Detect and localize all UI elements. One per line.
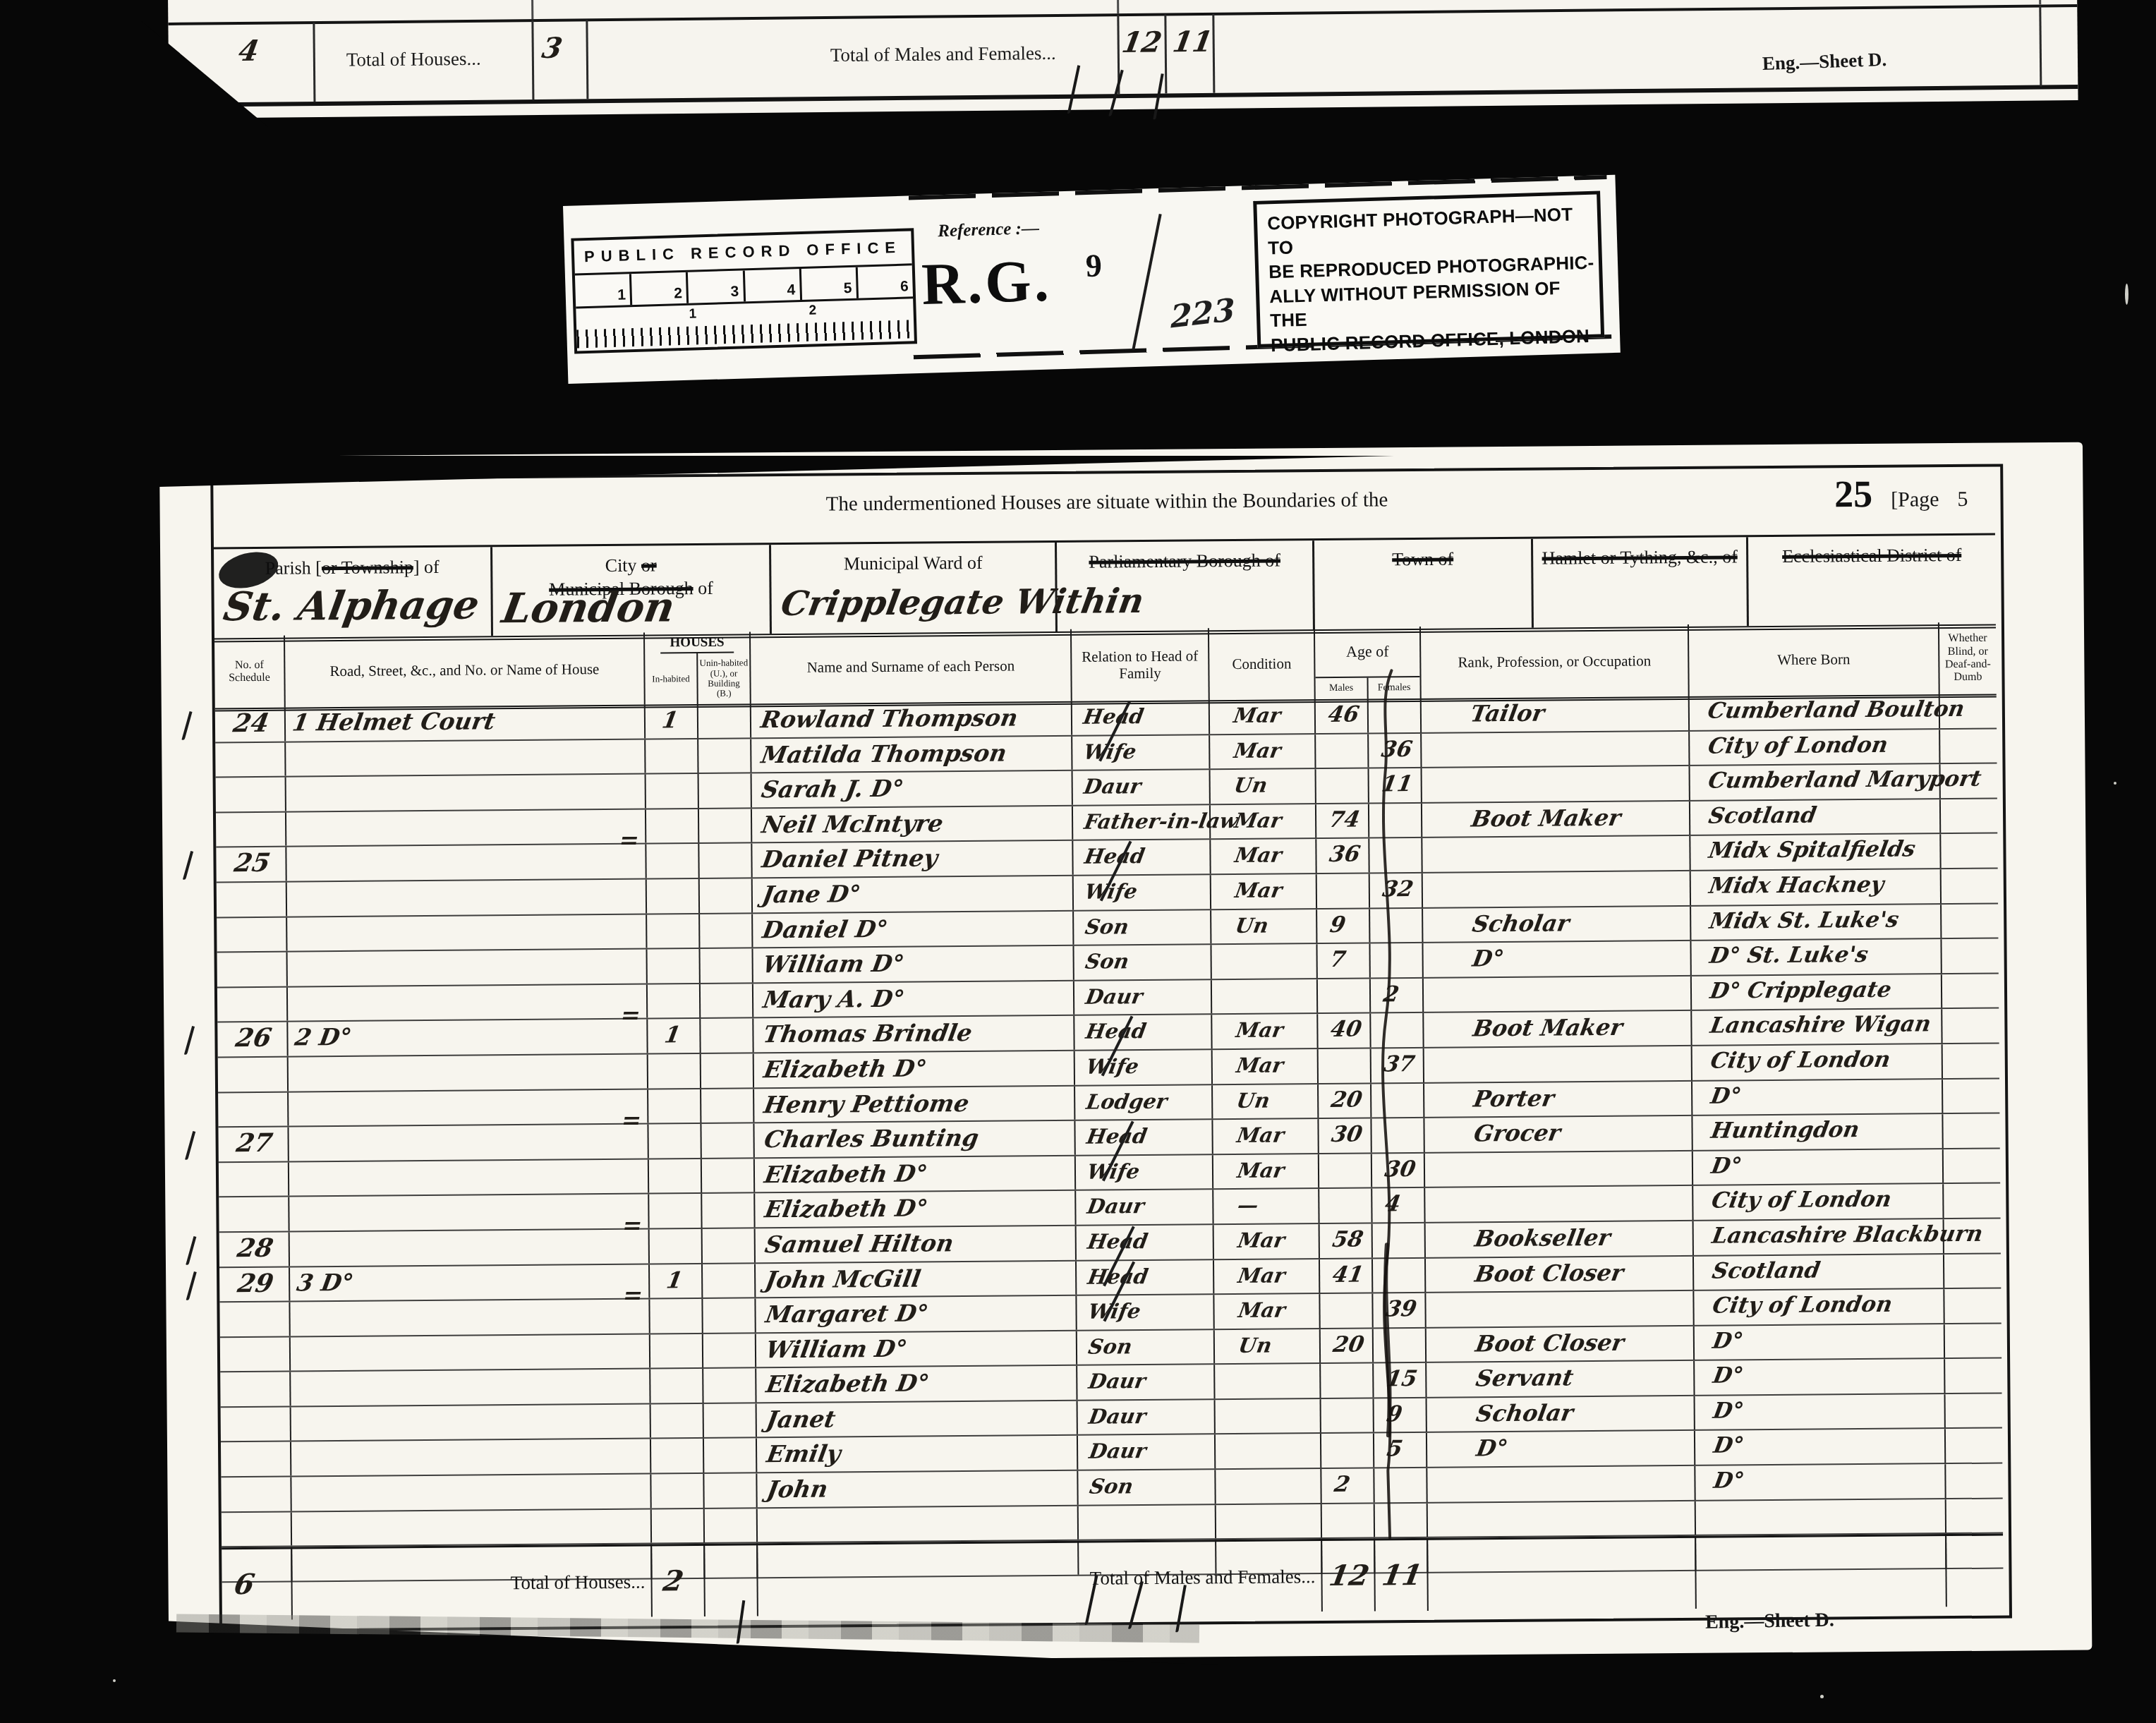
cell-relation: Wife bbox=[1076, 1155, 1213, 1190]
total-females-value: 11 bbox=[1170, 28, 1214, 57]
cell-condition: Mar bbox=[1214, 1294, 1320, 1329]
film-speck bbox=[113, 1679, 116, 1682]
parliamentary-label: Parliamentary Borough of bbox=[1057, 549, 1312, 574]
cell-age_m bbox=[1319, 1154, 1372, 1187]
cell-inhabited bbox=[648, 984, 701, 1018]
cell-infirmity bbox=[1941, 799, 1997, 833]
cell-occupation bbox=[1424, 977, 1692, 1012]
header-name: Name and Surname of each Person bbox=[751, 629, 1072, 704]
condition-text: Mar bbox=[1233, 810, 1283, 831]
cell-infirmity bbox=[1940, 729, 1997, 763]
cell-uninhabited bbox=[700, 949, 753, 983]
cell-occupation bbox=[1425, 1151, 1693, 1187]
cell-inhabited bbox=[649, 1194, 702, 1228]
cell-condition: Mar bbox=[1211, 804, 1316, 839]
relation-text: Son bbox=[1084, 917, 1130, 938]
age_m-text: 41 bbox=[1331, 1264, 1365, 1286]
road-text: 3 D° bbox=[295, 1270, 355, 1294]
occupation-text: Boot Closer bbox=[1473, 1261, 1625, 1285]
born-text: D° bbox=[1712, 1470, 1746, 1492]
header-where-born: Where Born bbox=[1689, 622, 1940, 696]
cell-infirmity bbox=[1943, 1044, 1999, 1077]
locality-ecclesiastical: Ecclesiastical District of bbox=[1748, 536, 1996, 627]
ruler-cm-number: 1 bbox=[689, 306, 696, 322]
cell-age_m bbox=[1316, 734, 1369, 768]
schedule-text: 24 bbox=[231, 711, 271, 736]
cell-relation: Head bbox=[1072, 700, 1210, 734]
inhabited-text: 1 bbox=[660, 708, 680, 731]
name-text: Elizabeth D° bbox=[763, 1161, 929, 1186]
cell-uninhabited bbox=[703, 1334, 756, 1367]
folio-stamp-number: 223 bbox=[1170, 295, 1235, 334]
cell-age_m: 41 bbox=[1320, 1259, 1373, 1293]
occupation-text: D° bbox=[1474, 1437, 1509, 1459]
totals-empty-cell bbox=[1946, 1536, 2004, 1607]
header-inhabited: In-habited bbox=[645, 653, 698, 705]
totals-houses-label-cell: Total of Houses... bbox=[292, 1547, 653, 1620]
schedule-total: 6 bbox=[232, 1571, 257, 1599]
cell-name: William D° bbox=[753, 946, 1074, 982]
parish-value: St. Alphage bbox=[221, 585, 482, 627]
cell-uninhabited bbox=[699, 844, 752, 878]
cell-inhabited bbox=[650, 1229, 703, 1263]
cell-name: Elizabeth D° bbox=[756, 1366, 1077, 1402]
occupation-text: Boot Maker bbox=[1470, 806, 1623, 830]
cell-occupation: D° bbox=[1427, 1431, 1695, 1467]
cell-infirmity bbox=[1940, 694, 1997, 728]
born-text: City of London bbox=[1710, 1189, 1894, 1212]
cell-occupation bbox=[1428, 1501, 1696, 1537]
born-text: Midx St. Luke's bbox=[1708, 909, 1901, 932]
cell-name: Matilda Thompson bbox=[751, 736, 1072, 772]
cell-road bbox=[287, 880, 647, 917]
relation-text: Wife bbox=[1086, 1301, 1142, 1322]
cell-name: John bbox=[757, 1471, 1078, 1507]
cell-occupation bbox=[1423, 871, 1691, 907]
cell-born: Lancashire Blackburn bbox=[1694, 1219, 1944, 1255]
locality-city: City or Municipal Borough of London bbox=[492, 545, 772, 636]
census-page: The undermentioned Houses are situate wi… bbox=[159, 442, 2092, 1665]
cell-relation: Son bbox=[1074, 910, 1211, 945]
cell-schedule bbox=[216, 778, 286, 811]
cell-road: 1 Helmet Court bbox=[286, 705, 646, 742]
cell-occupation: Boot Maker bbox=[1424, 1011, 1692, 1047]
born-text: Cumberland Boulton bbox=[1706, 699, 1966, 723]
born-text: D° St. Luke's bbox=[1708, 944, 1870, 967]
born-text: D° bbox=[1711, 1330, 1745, 1352]
cell-occupation: Boot Maker bbox=[1422, 802, 1690, 838]
relation-text: Wife bbox=[1086, 1161, 1141, 1183]
born-text: Midx Hackney bbox=[1707, 874, 1885, 897]
hamlet-label: Hamlet or Tything, &c., of bbox=[1533, 545, 1746, 570]
relation-text: Son bbox=[1087, 1336, 1134, 1358]
total-females-value: 11 bbox=[1380, 1561, 1424, 1590]
cell-born: D° bbox=[1695, 1359, 1945, 1394]
pen-squiggle bbox=[1363, 666, 1412, 1548]
cell-born: D° bbox=[1693, 1149, 1944, 1185]
margin-check-mark bbox=[186, 1271, 197, 1300]
occupation-text: Servant bbox=[1474, 1367, 1575, 1390]
cell-road bbox=[286, 845, 646, 881]
cell-name: Charles Bunting bbox=[754, 1121, 1075, 1157]
name-text: Mary A. D° bbox=[761, 986, 906, 1011]
cell-condition: Mar bbox=[1214, 1224, 1320, 1259]
cell-born: D° bbox=[1695, 1324, 1945, 1360]
age_m-text: 36 bbox=[1328, 844, 1362, 866]
cell-infirmity bbox=[1946, 1393, 2002, 1427]
cell-schedule bbox=[221, 1442, 291, 1476]
cell-age_m: 36 bbox=[1316, 839, 1369, 873]
cell-infirmity bbox=[1944, 1149, 2000, 1183]
header-occupation: Rank, Profession, or Occupation bbox=[1421, 624, 1690, 699]
cell-born: Scotland bbox=[1694, 1255, 1944, 1290]
condition-text: Mar bbox=[1236, 1230, 1286, 1251]
cell-age_m: 20 bbox=[1321, 1329, 1374, 1362]
cell-name: Elizabeth D° bbox=[755, 1191, 1076, 1227]
total-houses-value: 3 bbox=[540, 35, 564, 63]
locality-hamlet: Hamlet or Tything, &c., of bbox=[1533, 537, 1749, 627]
cell-uninhabited bbox=[705, 1509, 758, 1542]
born-text: D° bbox=[1712, 1365, 1745, 1387]
copyright-notice: COPYRIGHT PHOTOGRAPH—NOT TO BE REPRODUCE… bbox=[1253, 191, 1604, 348]
column-line bbox=[531, 20, 534, 99]
cell-name: Neil McIntyre bbox=[752, 806, 1073, 842]
cell-condition: Mar bbox=[1213, 1154, 1319, 1189]
totals-schedule-cell: 6 bbox=[222, 1549, 293, 1621]
cell-born: D° bbox=[1692, 1080, 1943, 1115]
relation-text: Wife bbox=[1084, 1056, 1140, 1077]
relation-text: Wife bbox=[1083, 881, 1139, 902]
table-frame: The undermentioned Houses are situate wi… bbox=[210, 464, 2012, 1632]
occupation-text: Grocer bbox=[1472, 1122, 1563, 1145]
born-text: City of London bbox=[1711, 1294, 1894, 1317]
cell-uninhabited bbox=[704, 1403, 757, 1437]
cell-condition bbox=[1216, 1399, 1321, 1434]
cell-schedule bbox=[219, 1162, 289, 1196]
cell-name: Janet bbox=[757, 1401, 1078, 1437]
cell-age_m bbox=[1321, 1364, 1374, 1398]
cell-born: Midx Spitalfields bbox=[1690, 835, 1941, 870]
cell-uninhabited bbox=[704, 1473, 757, 1507]
schedule-text: 29 bbox=[236, 1270, 275, 1295]
name-text: Daniel D° bbox=[761, 917, 890, 941]
margin-check-mark bbox=[181, 711, 192, 741]
pro-reference-stamp: PUBLIC RECORD OFFICE 1 2 3 4 5 6 1 2 Ref… bbox=[563, 175, 1621, 384]
cell-inhabited bbox=[648, 1054, 701, 1088]
header-age-males: Males bbox=[1316, 678, 1369, 700]
header-condition: Condition bbox=[1209, 627, 1316, 700]
cell-schedule bbox=[221, 1477, 291, 1511]
cell-relation: Son bbox=[1077, 1330, 1215, 1365]
cell-age_m: 2 bbox=[1321, 1469, 1374, 1503]
cell-age_m: 58 bbox=[1320, 1223, 1373, 1257]
relation-text: Wife bbox=[1082, 742, 1138, 763]
cell-uninhabited bbox=[701, 1089, 754, 1123]
cell-relation: Daur bbox=[1078, 1400, 1216, 1434]
cell-relation: Wife bbox=[1072, 735, 1210, 770]
name-text: Elizabeth D° bbox=[763, 1197, 930, 1221]
condition-text: — bbox=[1236, 1195, 1260, 1216]
cell-name: Daniel D° bbox=[753, 911, 1074, 947]
road-text: 1 Helmet Court bbox=[291, 709, 497, 734]
cell-inhabited bbox=[648, 1124, 701, 1158]
cell-road bbox=[289, 1125, 648, 1161]
cell-schedule: 29 bbox=[219, 1267, 290, 1301]
cell-relation: Lodger bbox=[1075, 1085, 1213, 1120]
age_m-text: 58 bbox=[1331, 1229, 1364, 1251]
locality-parish: Parish [or Township] of St. Alphage bbox=[214, 547, 493, 638]
cell-road bbox=[291, 1404, 651, 1441]
age_m-text: 30 bbox=[1330, 1124, 1364, 1146]
relation-text: Head bbox=[1086, 1231, 1149, 1252]
name-text: Thomas Brindle bbox=[762, 1021, 974, 1046]
cell-relation: Head bbox=[1074, 1015, 1212, 1050]
name-text: John bbox=[765, 1477, 830, 1501]
totals-houses-value-cell: 2 bbox=[652, 1546, 705, 1617]
born-text: D° Cripplegate bbox=[1708, 979, 1893, 1002]
occupation-text: Porter bbox=[1472, 1087, 1556, 1110]
relation-text: Daur bbox=[1087, 1371, 1147, 1392]
cell-inhabited bbox=[648, 949, 701, 983]
cell-road bbox=[289, 1159, 649, 1196]
cell-infirmity bbox=[1945, 1324, 2001, 1358]
cell-uninhabited bbox=[698, 739, 751, 773]
totals-row: 6 Total of Houses... 2 Total of Males an… bbox=[222, 1534, 2004, 1621]
born-text: Scotland bbox=[1711, 1259, 1822, 1282]
cell-schedule: 27 bbox=[218, 1127, 289, 1161]
cell-relation: Daur bbox=[1073, 770, 1211, 805]
cell-inhabited bbox=[646, 809, 699, 843]
cell-inhabited bbox=[646, 774, 699, 808]
name-text: Daniel Pitney bbox=[761, 847, 940, 871]
name-text: Samuel Hilton bbox=[763, 1231, 955, 1256]
sheet-series-label-bottom: Eng.—Sheet D. bbox=[1705, 1609, 1834, 1633]
cell-age_m: 20 bbox=[1319, 1084, 1371, 1118]
cell-occupation: Bookseller bbox=[1426, 1221, 1694, 1257]
cell-name: John McGill bbox=[756, 1261, 1077, 1297]
stamp-ruler: PUBLIC RECORD OFFICE 1 2 3 4 5 6 1 2 bbox=[571, 228, 917, 353]
column-line bbox=[1117, 0, 1119, 13]
name-text: Rowland Thompson bbox=[759, 706, 1019, 731]
cell-relation: Head bbox=[1075, 1120, 1213, 1154]
inhabited-text: 1 bbox=[665, 1269, 684, 1291]
cell-relation: Head bbox=[1077, 1260, 1214, 1295]
cell-occupation bbox=[1422, 766, 1690, 802]
cell-name: Emily bbox=[757, 1436, 1078, 1472]
relation-text: Head bbox=[1085, 1126, 1149, 1147]
cell-relation: Daur bbox=[1076, 1190, 1213, 1225]
cell-condition: Mar bbox=[1210, 734, 1316, 769]
name-text: Emily bbox=[765, 1442, 842, 1466]
condition-text: Mar bbox=[1237, 1300, 1287, 1322]
cell-infirmity bbox=[1942, 1009, 1999, 1043]
ruler-number: 6 bbox=[858, 265, 913, 298]
born-text: Huntingdon bbox=[1709, 1119, 1861, 1142]
cell-born: Lancashire Wigan bbox=[1692, 1010, 1942, 1045]
film-speck bbox=[1820, 1695, 1824, 1698]
cell-road bbox=[289, 1055, 648, 1092]
cell-road bbox=[287, 914, 647, 951]
occupation-text: Bookseller bbox=[1473, 1226, 1612, 1250]
cell-infirmity bbox=[1944, 1184, 2000, 1218]
name-text: Elizabeth D° bbox=[762, 1056, 928, 1081]
relation-text: Daur bbox=[1086, 1196, 1146, 1217]
cell-uninhabited bbox=[700, 878, 753, 912]
name-text: Sarah J. D° bbox=[760, 777, 905, 802]
cell-relation bbox=[1079, 1505, 1216, 1540]
cell-uninhabited bbox=[699, 774, 752, 808]
cell-schedule bbox=[217, 883, 287, 917]
relation-text: Son bbox=[1084, 951, 1130, 972]
cell-schedule: 26 bbox=[217, 1022, 288, 1056]
cell-infirmity bbox=[1941, 834, 1997, 868]
name-text: Henry Pettiome bbox=[762, 1092, 971, 1116]
condition-text: Mar bbox=[1235, 1020, 1285, 1041]
cell-inhabited: 1 bbox=[648, 1019, 701, 1053]
column-line bbox=[2039, 6, 2042, 87]
cell-condition bbox=[1216, 1469, 1321, 1504]
condition-text: Un bbox=[1233, 775, 1268, 796]
column-line bbox=[313, 23, 315, 102]
cell-name: Samuel Hilton bbox=[756, 1226, 1077, 1262]
locality-town: Town of bbox=[1314, 539, 1534, 629]
margin-check-mark bbox=[185, 1131, 195, 1161]
cell-inhabited bbox=[649, 1159, 702, 1193]
cell-occupation bbox=[1422, 836, 1690, 872]
cell-infirmity bbox=[1942, 939, 1998, 973]
cell-name: William D° bbox=[756, 1331, 1077, 1367]
cell-age_m: 40 bbox=[1318, 1014, 1371, 1048]
cell-road: 2 D° bbox=[288, 1020, 648, 1056]
ward-value: Cripplegate Within bbox=[779, 584, 1146, 621]
cell-infirmity bbox=[1942, 974, 1999, 1008]
cell-road bbox=[286, 739, 646, 776]
cell-age_m: 7 bbox=[1317, 944, 1370, 978]
cell-infirmity bbox=[1944, 1219, 2001, 1252]
margin-check-mark bbox=[186, 1236, 196, 1266]
cell-age_m: 9 bbox=[1317, 909, 1370, 943]
cell-road bbox=[286, 775, 646, 811]
cell-infirmity bbox=[1940, 764, 1997, 798]
cell-road: 3 D°= bbox=[290, 1264, 650, 1301]
header-infirmity: Whether Blind, or Deaf-and-Dumb bbox=[1939, 622, 1997, 695]
cell-uninhabited bbox=[701, 1053, 754, 1087]
born-text: D° bbox=[1712, 1400, 1745, 1422]
town-label: Town of bbox=[1314, 548, 1531, 572]
cell-relation: Head bbox=[1077, 1225, 1214, 1259]
cell-relation: Daur bbox=[1074, 980, 1212, 1015]
condition-text: Un bbox=[1235, 1090, 1271, 1111]
column-line bbox=[586, 20, 588, 99]
cell-inhabited bbox=[650, 1334, 703, 1368]
cell-road bbox=[290, 1229, 650, 1266]
born-text: D° bbox=[1709, 1155, 1743, 1177]
cell-relation: Head bbox=[1073, 840, 1211, 875]
header-houses-group: HOUSES In-habited Unin-habited (U.), or … bbox=[645, 631, 751, 704]
cell-age_m bbox=[1319, 1048, 1371, 1082]
born-text: Scotland bbox=[1707, 804, 1818, 827]
total-males-value: 12 bbox=[1327, 1562, 1371, 1590]
schedule-text: 26 bbox=[234, 1025, 273, 1051]
cell-uninhabited bbox=[699, 809, 752, 842]
name-text: William D° bbox=[761, 952, 906, 977]
cell-occupation bbox=[1427, 1466, 1695, 1502]
cell-schedule bbox=[218, 1092, 289, 1126]
cell-relation: Wife bbox=[1074, 875, 1211, 909]
born-text: D° bbox=[1709, 1085, 1743, 1107]
cell-age_m: 74 bbox=[1316, 804, 1369, 838]
total-males-females-label: Total of Males and Females... bbox=[830, 42, 1056, 66]
schedule-total-mark: 4 bbox=[236, 37, 261, 66]
cell-occupation bbox=[1425, 1186, 1693, 1222]
relation-text: Head bbox=[1083, 846, 1146, 867]
ruler-number: 4 bbox=[744, 269, 801, 301]
cell-name: Sarah J. D° bbox=[752, 771, 1073, 807]
cell-uninhabited bbox=[703, 1369, 756, 1403]
condition-text: Mar bbox=[1233, 880, 1283, 901]
cell-age_m bbox=[1322, 1504, 1375, 1537]
cell-relation: Son bbox=[1078, 1470, 1216, 1504]
page-word: [Page bbox=[1891, 488, 1939, 512]
occupation-text: D° bbox=[1471, 947, 1506, 969]
cell-uninhabited bbox=[701, 1124, 754, 1158]
occupation-text: Scholar bbox=[1471, 912, 1571, 935]
cell-condition: Un bbox=[1211, 909, 1317, 944]
cell-schedule bbox=[217, 953, 288, 986]
reference-slash bbox=[1132, 214, 1161, 350]
cell-relation: Father-in-law bbox=[1073, 805, 1211, 840]
cell-schedule bbox=[218, 1058, 289, 1092]
cell-occupation bbox=[1422, 732, 1690, 768]
cell-uninhabited bbox=[701, 1019, 753, 1053]
cell-uninhabited bbox=[703, 1264, 756, 1298]
cell-condition: Un bbox=[1213, 1084, 1319, 1119]
cell-road bbox=[291, 1370, 650, 1406]
cell-born: Midx St. Luke's bbox=[1691, 905, 1942, 940]
condition-text: Un bbox=[1234, 915, 1270, 936]
ruler-number: 3 bbox=[688, 270, 745, 303]
ruler-number: 5 bbox=[801, 267, 858, 300]
cell-uninhabited bbox=[700, 914, 753, 948]
cell-name: Thomas Brindle bbox=[753, 1016, 1074, 1052]
cell-schedule: 28 bbox=[219, 1232, 290, 1266]
cell-age_m bbox=[1316, 769, 1369, 803]
name-text: Margaret D° bbox=[764, 1302, 931, 1326]
cell-infirmity bbox=[1945, 1359, 2001, 1393]
cell-occupation bbox=[1424, 1046, 1692, 1082]
cell-relation: Daur bbox=[1078, 1435, 1216, 1470]
cell-inhabited bbox=[647, 879, 700, 913]
cell-infirmity bbox=[1946, 1464, 2002, 1498]
cell-inhabited bbox=[648, 1089, 701, 1123]
cell-infirmity bbox=[1942, 869, 1998, 903]
cell-born: D° Cripplegate bbox=[1692, 974, 1942, 1010]
cell-name: Margaret D° bbox=[756, 1296, 1077, 1332]
cell-infirmity bbox=[1946, 1499, 2003, 1532]
cell-road bbox=[290, 1300, 650, 1336]
cell-inhabited bbox=[651, 1439, 704, 1473]
city-value: London bbox=[499, 586, 678, 629]
cell-age_m bbox=[1318, 979, 1371, 1012]
total-houses-value: 2 bbox=[661, 1567, 686, 1595]
condition-text: Un bbox=[1237, 1335, 1273, 1355]
cell-relation: Daur bbox=[1077, 1365, 1215, 1400]
cell-occupation bbox=[1426, 1291, 1694, 1327]
cell-inhabited bbox=[646, 739, 698, 773]
age_m-text: 74 bbox=[1327, 809, 1361, 830]
cell-occupation: Boot Closer bbox=[1426, 1256, 1694, 1292]
cell-name: Henry Pettiome bbox=[754, 1086, 1075, 1122]
